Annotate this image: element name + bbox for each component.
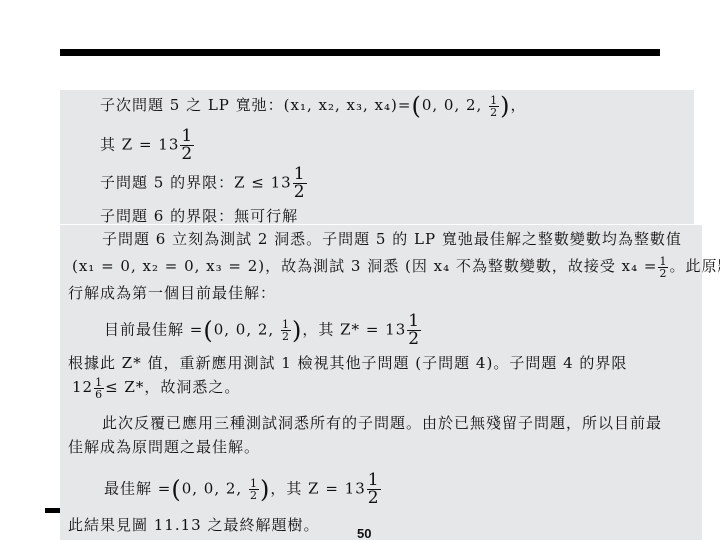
fraction: 12 xyxy=(407,313,421,348)
title-rule xyxy=(60,49,660,56)
final-note: 此結果見圖 11.13 之最終解題樹。 xyxy=(68,514,319,535)
paragraph-2-line-1: 根據此 Z* 值，重新應用測試 1 檢視其他子問題 (子問題 4)。子問題 4 … xyxy=(68,352,627,373)
fraction: 16 xyxy=(94,377,104,400)
z-value-line: 其 Z = 1312 xyxy=(100,128,195,163)
fraction: 12 xyxy=(281,319,291,342)
paragraph-3-line-2: 佳解成為原問題之最佳解。 xyxy=(68,436,260,457)
fraction: 12 xyxy=(658,256,668,279)
decorative-dash xyxy=(45,508,60,513)
subproblem-5-bound: 子問題 5 的界限：Z ≤ 1312 xyxy=(100,166,308,201)
page-number: 50 xyxy=(357,526,371,540)
paragraph-1-line-1: 子問題 6 立刻為測試 2 洞悉。子問題 5 的 LP 寬弛最佳解之整數變數均為… xyxy=(102,228,682,249)
fraction: 12 xyxy=(489,95,499,118)
fraction: 12 xyxy=(293,166,307,201)
fraction: 12 xyxy=(180,128,194,163)
subproblem-6-bound: 子問題 6 的界限：無可行解 xyxy=(100,205,298,226)
paragraph-3-line-1: 此次反覆已應用三種測試洞悉所有的子問題。由於已無殘留子問題，所以目前最 xyxy=(102,412,662,433)
fraction: 12 xyxy=(249,478,259,501)
paragraph-1-line-2: (x₁ = 0, x₂ = 0, x₃ = 2)，故為測試 3 洞悉 (因 x₄… xyxy=(72,255,720,279)
paragraph-2-line-2: 1216≤ Z*，故洞悉之。 xyxy=(72,376,240,400)
current-best-solution: 目前最佳解 =(0, 0, 2, 12)，其 Z* = 1312 xyxy=(104,313,422,348)
lp-relaxation-line: 子次問題 5 之 LP 寬弛：(x₁, x₂, x₃, x₄)=(0, 0, 2… xyxy=(100,92,526,120)
optimal-solution: 最佳解 =(0, 0, 2, 12)，其 Z = 1312 xyxy=(104,472,382,507)
paragraph-1-line-3: 行解成為第一個目前最佳解： xyxy=(68,282,276,303)
fraction: 12 xyxy=(367,472,381,507)
